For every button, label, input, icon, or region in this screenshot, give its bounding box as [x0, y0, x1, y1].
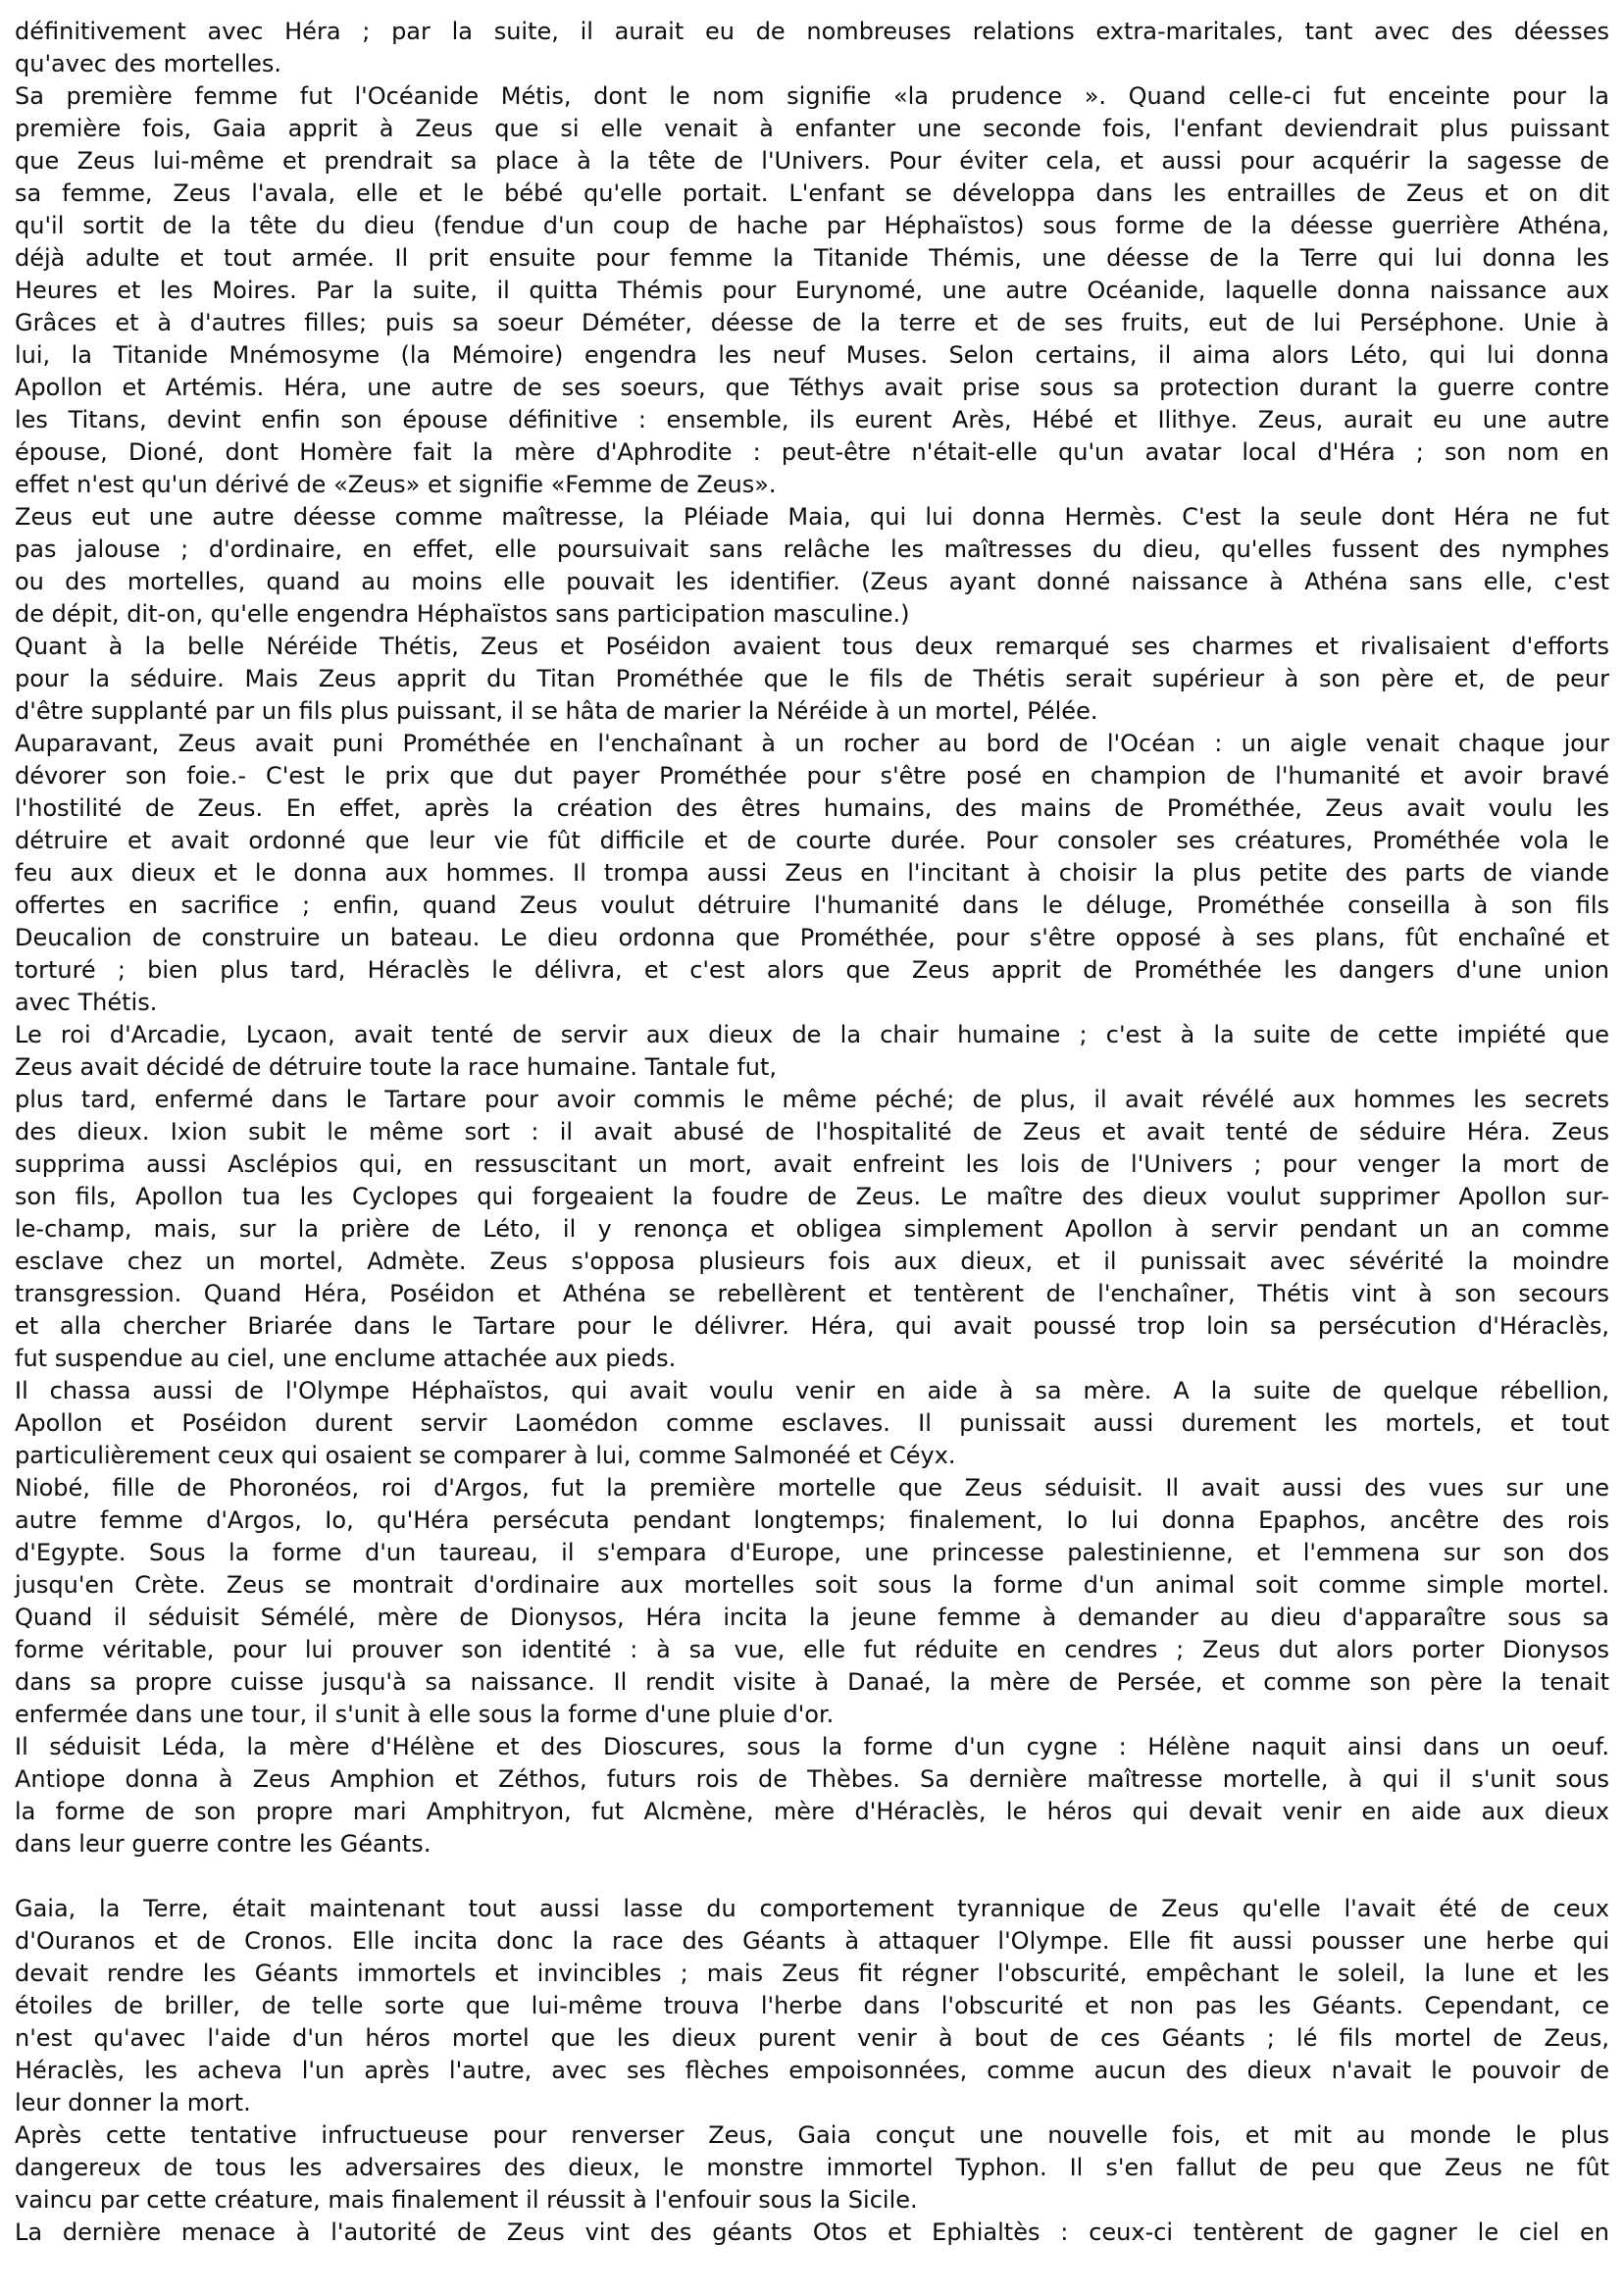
paragraph: définitivement avec Héra ; par la suite,…: [15, 16, 1609, 80]
paragraph: Il chassa aussi de l'Olympe Héphaïstos, …: [15, 1375, 1609, 1472]
text-line: que Zeus lui-même et prendrait sa place …: [15, 145, 1609, 178]
text-line: Il séduisit Léda, la mère d'Hélène et de…: [15, 1731, 1609, 1763]
text-line: pas jalouse ; d'ordinaire, en effet, ell…: [15, 534, 1609, 566]
text-line: l'hostilité de Zeus. En effet, après la …: [15, 792, 1609, 825]
paragraph: Il séduisit Léda, la mère d'Hélène et de…: [15, 1731, 1609, 1861]
text-line: transgression. Quand Héra, Poséidon et A…: [15, 1278, 1609, 1310]
text-line: Le roi d'Arcadie, Lycaon, avait tenté de…: [15, 1019, 1609, 1051]
text-line: d'Egypte. Sous la forme d'un taureau, il…: [15, 1537, 1609, 1569]
text-line: pour la séduire. Mais Zeus apprit du Tit…: [15, 663, 1609, 695]
text-line: Après cette tentative infructueuse pour …: [15, 2119, 1609, 2152]
text-line: Auparavant, Zeus avait puni Prométhée en…: [15, 728, 1609, 760]
text-line: particulièrement ceux qui osaient se com…: [15, 1440, 1609, 1472]
text-line: Heures et les Moires. Par la suite, il q…: [15, 275, 1609, 307]
text-line: des dieux. Ixion subit le même sort : il…: [15, 1116, 1609, 1148]
text-line: détruire et avait ordonné que leur vie f…: [15, 825, 1609, 857]
text-line: autre femme d'Argos, Io, qu'Héra persécu…: [15, 1504, 1609, 1537]
text-line: Apollon et Poséidon durent servir Laoméd…: [15, 1407, 1609, 1440]
text-line: le-champ, mais, sur la prière de Léto, i…: [15, 1213, 1609, 1246]
text-line: Il chassa aussi de l'Olympe Héphaïstos, …: [15, 1375, 1609, 1407]
text-line: dans sa propre cuisse jusqu'à sa naissan…: [15, 1666, 1609, 1699]
text-line: de dépit, dit-on, qu'elle engendra Hépha…: [15, 598, 1609, 631]
text-line: qu'avec des mortelles.: [15, 48, 1609, 80]
text-line: dévorer son foie.- C'est le prix que dut…: [15, 760, 1609, 792]
text-line: La dernière menace à l'autorité de Zeus …: [15, 2217, 1609, 2249]
text-line: la forme de son propre mari Amphitryon, …: [15, 1796, 1609, 1828]
paragraph: Zeus eut une autre déesse comme maîtress…: [15, 501, 1609, 631]
text-line: devait rendre les Géants immortels et in…: [15, 1958, 1609, 1990]
text-line: Gaia, la Terre, était maintenant tout au…: [15, 1893, 1609, 1925]
text-line: et alla chercher Briarée dans le Tartare…: [15, 1310, 1609, 1343]
text-line: esclave chez un mortel, Admète. Zeus s'o…: [15, 1246, 1609, 1278]
text-line: Deucalion de construire un bateau. Le di…: [15, 922, 1609, 954]
paragraph: Gaia, la Terre, était maintenant tout au…: [15, 1893, 1609, 2119]
text-line: ou des mortelles, quand au moins elle po…: [15, 566, 1609, 598]
text-line: sa femme, Zeus l'avala, elle et le bébé …: [15, 178, 1609, 210]
text-line: son fils, Apollon tua les Cyclopes qui f…: [15, 1181, 1609, 1213]
text-line: vaincu par cette créature, mais finaleme…: [15, 2184, 1609, 2217]
text-line: forme véritable, pour lui prouver son id…: [15, 1634, 1609, 1666]
text-line: étoiles de briller, de telle sorte que l…: [15, 1990, 1609, 2022]
paragraph: La dernière menace à l'autorité de Zeus …: [15, 2217, 1609, 2249]
document-page: définitivement avec Héra ; par la suite,…: [0, 0, 1624, 2294]
paragraph: Quant à la belle Néréide Thétis, Zeus et…: [15, 631, 1609, 728]
text-line: torturé ; bien plus tard, Héraclès le dé…: [15, 954, 1609, 987]
paragraph: Le roi d'Arcadie, Lycaon, avait tenté de…: [15, 1019, 1609, 1084]
text-line: Grâces et à d'autres filles; puis sa soe…: [15, 307, 1609, 339]
text-line: leur donner la mort.: [15, 2087, 1609, 2119]
paragraph: Niobé, fille de Phoronéos, roi d'Argos, …: [15, 1472, 1609, 1731]
text-line: Niobé, fille de Phoronéos, roi d'Argos, …: [15, 1472, 1609, 1504]
text-line: jusqu'en Crète. Zeus se montrait d'ordin…: [15, 1569, 1609, 1602]
text-line: Quant à la belle Néréide Thétis, Zeus et…: [15, 631, 1609, 663]
text-line: Apollon et Artémis. Héra, une autre de s…: [15, 372, 1609, 404]
text-line: Sa première femme fut l'Océanide Métis, …: [15, 80, 1609, 113]
paragraph: Après cette tentative infructueuse pour …: [15, 2119, 1609, 2217]
text-line: Zeus avait décidé de détruire toute la r…: [15, 1051, 1609, 1084]
text-line: d'Ouranos et de Cronos. Elle incita donc…: [15, 1925, 1609, 1958]
text-line: Quand il séduisit Sémélé, mère de Dionys…: [15, 1602, 1609, 1634]
text-line: dans leur guerre contre les Géants.: [15, 1828, 1609, 1861]
text-line: définitivement avec Héra ; par la suite,…: [15, 16, 1609, 48]
text-line: lui, la Titanide Mnémosyme (la Mémoire) …: [15, 339, 1609, 372]
text-line: première fois, Gaia apprit à Zeus que si…: [15, 113, 1609, 145]
text-line: offertes en sacrifice ; enfin, quand Zeu…: [15, 890, 1609, 922]
text-line: enfermée dans une tour, il s'unit à elle…: [15, 1699, 1609, 1731]
text-line: n'est qu'avec l'aide d'un héros mortel q…: [15, 2022, 1609, 2055]
text-line: feu aux dieux et le donna aux hommes. Il…: [15, 857, 1609, 890]
text-line: déjà adulte et tout armée. Il prit ensui…: [15, 242, 1609, 275]
paragraph: Auparavant, Zeus avait puni Prométhée en…: [15, 728, 1609, 1019]
paragraph: Sa première femme fut l'Océanide Métis, …: [15, 80, 1609, 501]
text-line: d'être supplanté par un fils plus puissa…: [15, 695, 1609, 728]
text-line: les Titans, devint enfin son épouse défi…: [15, 404, 1609, 436]
text-line: épouse, Dioné, dont Homère fait la mère …: [15, 436, 1609, 469]
text-line: supprima aussi Asclépios qui, en ressusc…: [15, 1148, 1609, 1181]
text-line: Antiope donna à Zeus Amphion et Zéthos, …: [15, 1763, 1609, 1796]
paragraph: plus tard, enfermé dans le Tartare pour …: [15, 1084, 1609, 1375]
text-line: avec Thétis.: [15, 987, 1609, 1019]
text-line: effet n'est qu'un dérivé de «Zeus» et si…: [15, 469, 1609, 501]
text-line: qu'il sortit de la tête du dieu (fendue …: [15, 210, 1609, 242]
text-line: fut suspendue au ciel, une enclume attac…: [15, 1343, 1609, 1375]
text-line: dangereux de tous les adversaires des di…: [15, 2152, 1609, 2184]
text-line: Héraclès, les acheva l'un après l'autre,…: [15, 2055, 1609, 2087]
text-line: Zeus eut une autre déesse comme maîtress…: [15, 501, 1609, 534]
text-line: plus tard, enfermé dans le Tartare pour …: [15, 1084, 1609, 1116]
